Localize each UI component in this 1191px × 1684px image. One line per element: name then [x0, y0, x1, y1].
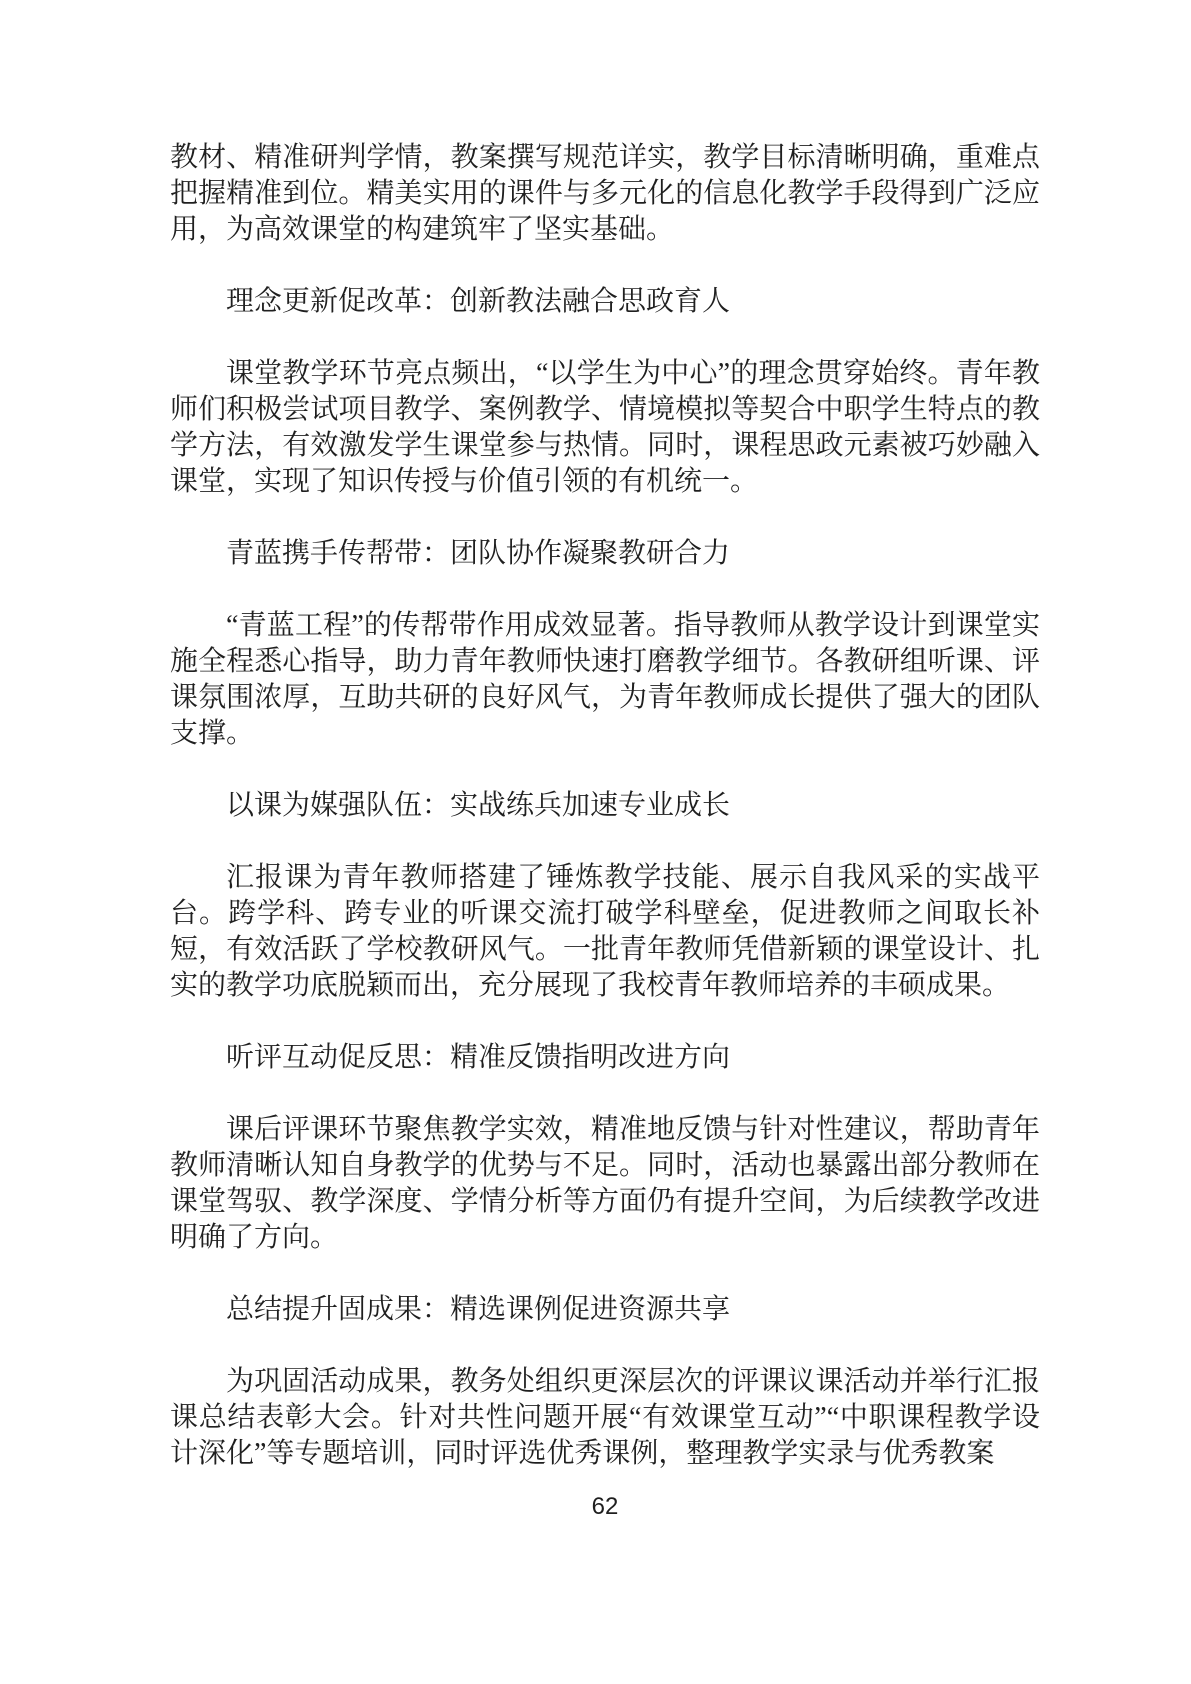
body-paragraph: 课堂教学环节亮点频出，“以学生为中心”的理念贯穿始终。青年教师们积极尝试项目教学… — [170, 356, 1040, 500]
page-number: 62 — [170, 1494, 1040, 1520]
section-heading: 以课为媒强队伍：实战练兵加速专业成长 — [170, 788, 1040, 824]
text-column: 教材、精准研判学情，教案撰写规范详实，教学目标清晰明确，重难点把握精准到位。精美… — [170, 140, 1040, 1472]
section-heading: 总结提升固成果：精选课例促进资源共享 — [170, 1292, 1040, 1328]
body-paragraph: 汇报课为青年教师搭建了锤炼教学技能、展示自我风采的实战平台。跨学科、跨专业的听课… — [170, 860, 1040, 1004]
section-heading: 听评互动促反思：精准反馈指明改进方向 — [170, 1040, 1040, 1076]
section-heading: 青蓝携手传帮带：团队协作凝聚教研合力 — [170, 536, 1040, 572]
body-paragraph: 为巩固活动成果，教务处组织更深层次的评课议课活动并举行汇报课总结表彰大会。针对共… — [170, 1364, 1040, 1472]
section-heading: 理念更新促改革：创新教法融合思政育人 — [170, 284, 1040, 320]
document-page: 教材、精准研判学情，教案撰写规范详实，教学目标清晰明确，重难点把握精准到位。精美… — [0, 0, 1191, 1684]
body-paragraph: “青蓝工程”的传帮带作用成效显著。指导教师从教学设计到课堂实施全程悉心指导，助力… — [170, 608, 1040, 752]
body-paragraph: 课后评课环节聚焦教学实效，精准地反馈与针对性建议，帮助青年教师清晰认知自身教学的… — [170, 1112, 1040, 1256]
body-paragraph: 教材、精准研判学情，教案撰写规范详实，教学目标清晰明确，重难点把握精准到位。精美… — [170, 140, 1040, 248]
